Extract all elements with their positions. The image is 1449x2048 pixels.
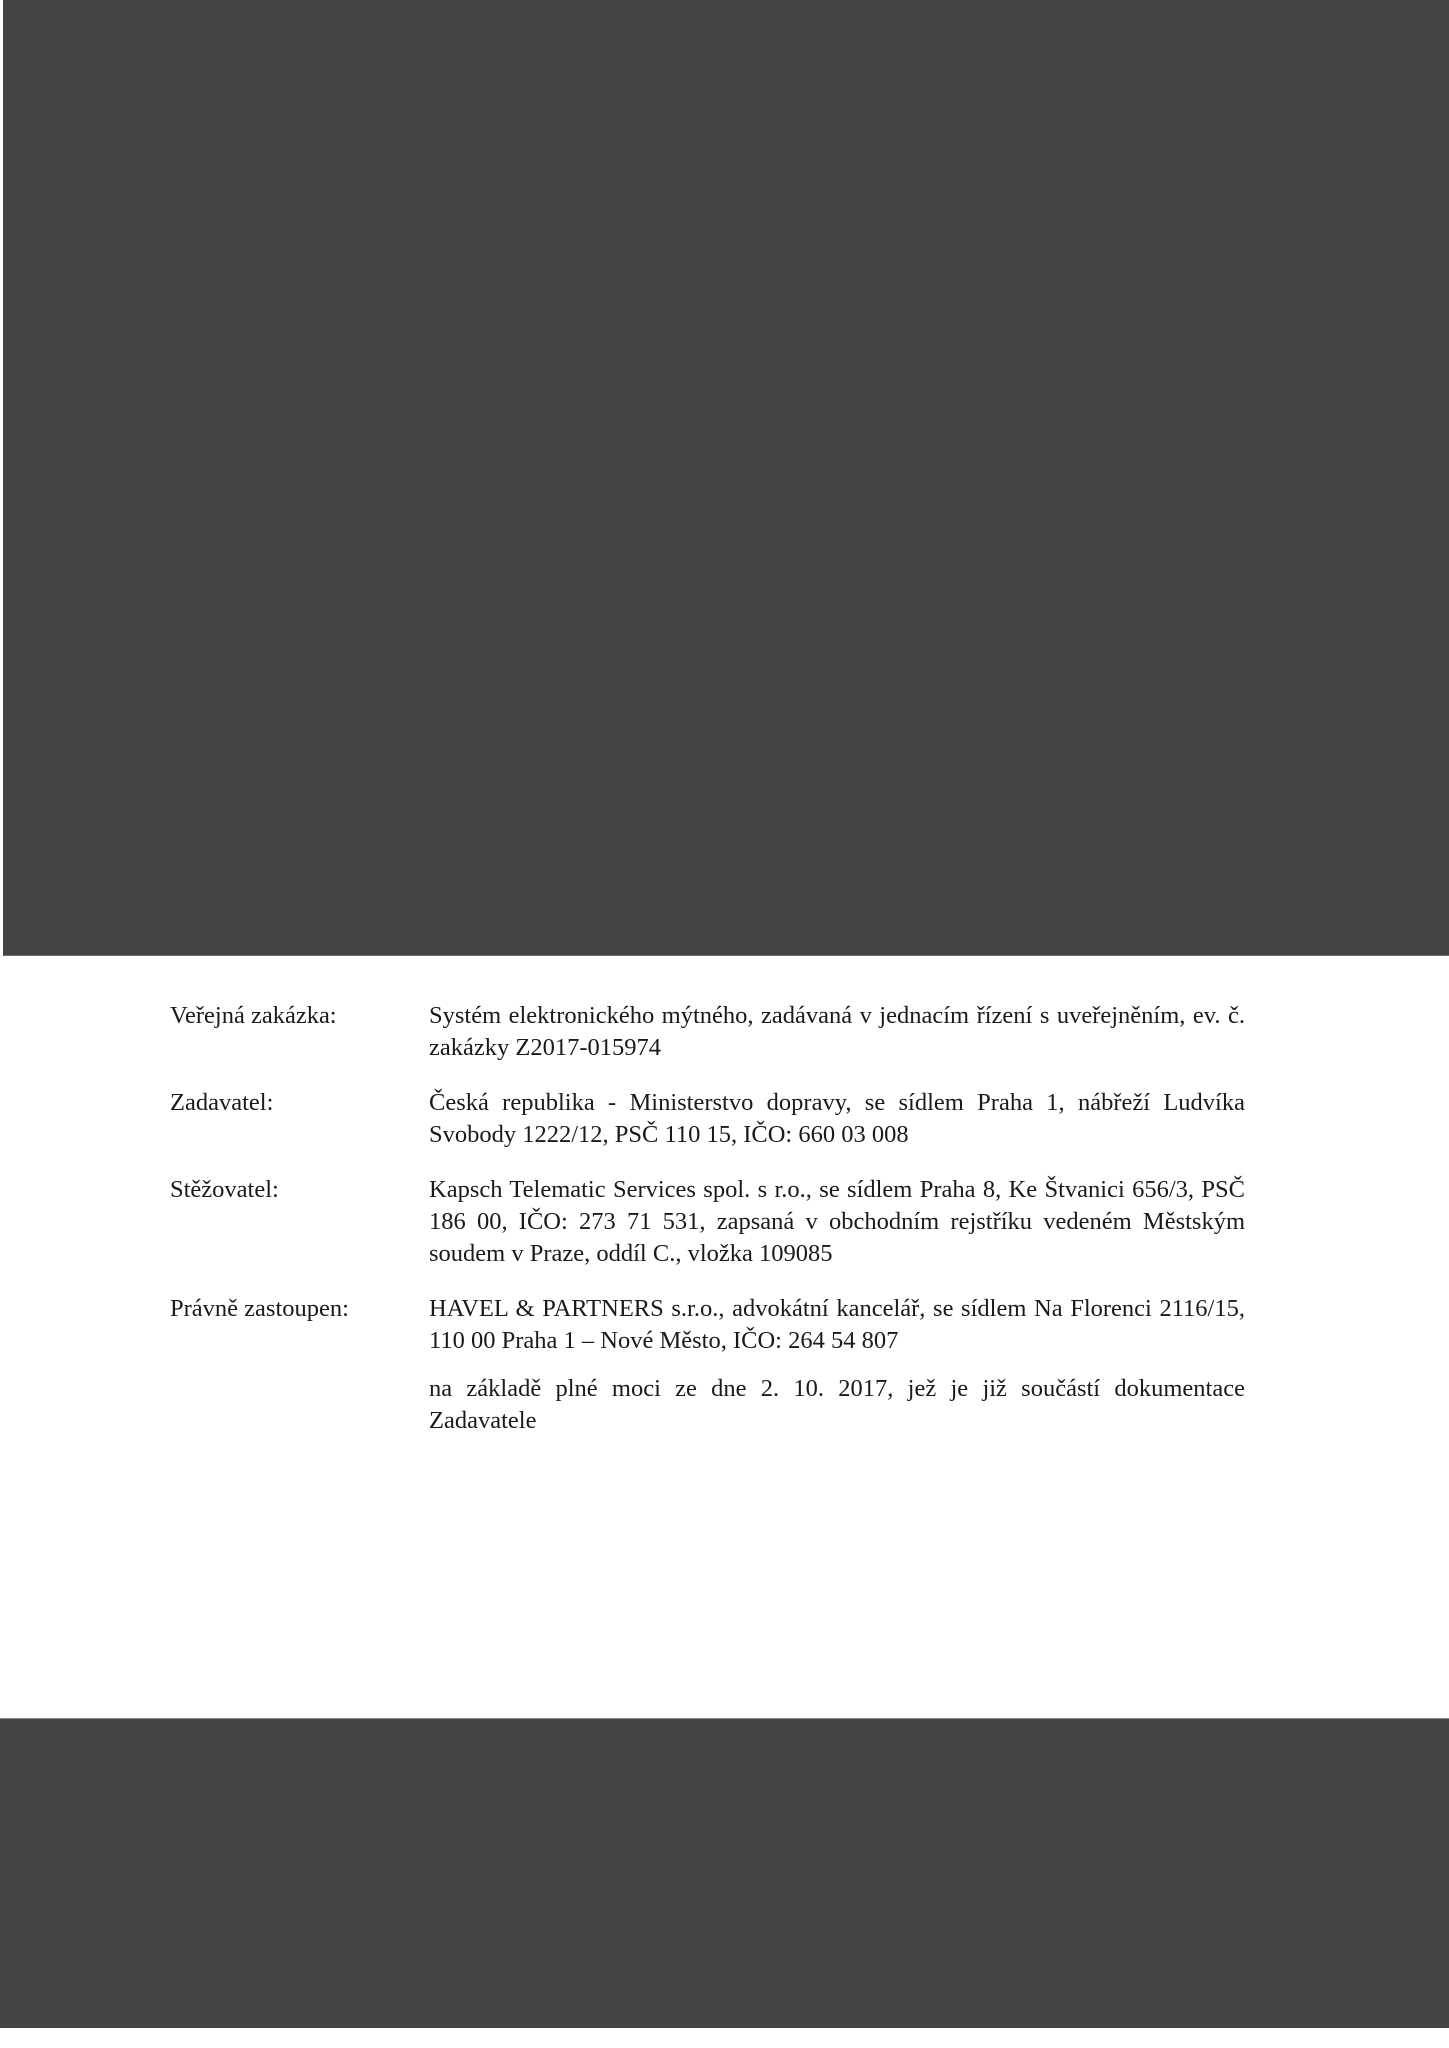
party-row-legal-representative: Právně zastoupen: HAVEL & PARTNERS s.r.o… — [170, 1293, 1245, 1437]
label-legal-representative: Právně zastoupen: — [170, 1293, 429, 1325]
label-public-contract: Veřejná zakázka: — [170, 1000, 429, 1032]
party-row-contracting-authority: Zadavatel: Česká republika - Ministerstv… — [170, 1087, 1245, 1151]
legal-representative-text: HAVEL & PARTNERS s.r.o., advokátní kance… — [429, 1293, 1245, 1357]
label-contracting-authority: Zadavatel: — [170, 1087, 429, 1119]
value-contracting-authority: Česká republika - Ministerstvo dopravy, … — [429, 1087, 1245, 1151]
label-complainant: Stěžovatel: — [170, 1174, 429, 1206]
contracting-authority-text: Česká republika - Ministerstvo dopravy, … — [429, 1087, 1245, 1151]
value-complainant: Kapsch Telematic Services spol. s r.o., … — [429, 1174, 1245, 1270]
party-row-public-contract: Veřejná zakázka: Systém elektronického m… — [170, 1000, 1245, 1064]
party-row-complainant: Stěžovatel: Kapsch Telematic Services sp… — [170, 1174, 1245, 1270]
parties-section: Veřejná zakázka: Systém elektronického m… — [170, 1000, 1245, 1460]
redacted-block-top — [3, 0, 1449, 956]
redacted-block-bottom — [0, 1718, 1449, 2028]
public-contract-text: Systém elektronického mýtného, zadávaná … — [429, 1000, 1245, 1064]
power-of-attorney-text: na základě plné moci ze dne 2. 10. 2017,… — [429, 1373, 1245, 1437]
value-legal-representative: HAVEL & PARTNERS s.r.o., advokátní kance… — [429, 1293, 1245, 1437]
value-public-contract: Systém elektronického mýtného, zadávaná … — [429, 1000, 1245, 1064]
complainant-text: Kapsch Telematic Services spol. s r.o., … — [429, 1174, 1245, 1270]
